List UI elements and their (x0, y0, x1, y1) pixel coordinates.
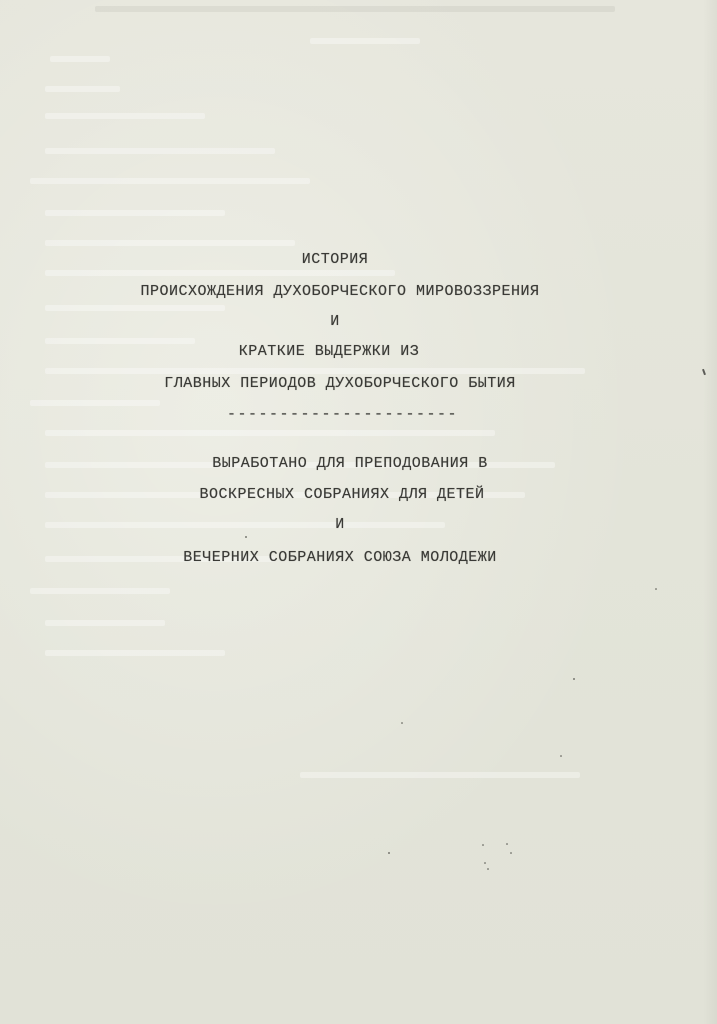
subtitle-brief-excerpts: КРАТКИЕ ВЫДЕРЖКИ ИЗ (0, 343, 658, 360)
ink-speck (487, 868, 489, 870)
ink-speck (245, 536, 247, 538)
stray-ink-mark (702, 369, 706, 375)
conjunction-and: И (0, 313, 670, 330)
ink-speck (510, 852, 512, 854)
ink-speck (506, 843, 508, 845)
subtitle-main-periods: ГЛАВНЫХ ПЕРИОДОВ ДУХОБОРЧЕСКОГО БЫТИЯ (0, 375, 680, 392)
ink-speck (655, 588, 657, 590)
scanned-page: ИСТОРИЯ ПРОИСХОЖДЕНИЯ ДУХОБОРЧЕСКОГО МИР… (0, 0, 717, 1024)
dashed-separator: ---------------------- (0, 406, 685, 423)
purpose-line-sunday-meetings: ВОСКРЕСНЫХ СОБРАНИЯХ ДЛЯ ДЕТЕЙ (0, 486, 684, 503)
subtitle-origin-worldview: ПРОИСХОЖДЕНИЯ ДУХОБОРЧЕСКОГО МИРОВОЗЗРЕН… (0, 283, 680, 300)
ink-speck (484, 862, 486, 864)
ink-speck (401, 722, 403, 724)
document-title: ИСТОРИЯ (0, 251, 670, 268)
purpose-line-evening-youth-meetings: ВЕЧЕРНИХ СОБРАНИЯХ СОЮЗА МОЛОДЕЖИ (0, 549, 680, 566)
ink-speck (573, 678, 575, 680)
ink-speck (388, 852, 390, 854)
ink-speck (560, 755, 562, 757)
bleed-through-texture (0, 0, 717, 1024)
purpose-line-developed-for: ВЫРАБОТАНО ДЛЯ ПРЕПОДОВАНИЯ В (0, 455, 700, 472)
conjunction-and-2: И (0, 516, 680, 533)
ink-speck (482, 844, 484, 846)
